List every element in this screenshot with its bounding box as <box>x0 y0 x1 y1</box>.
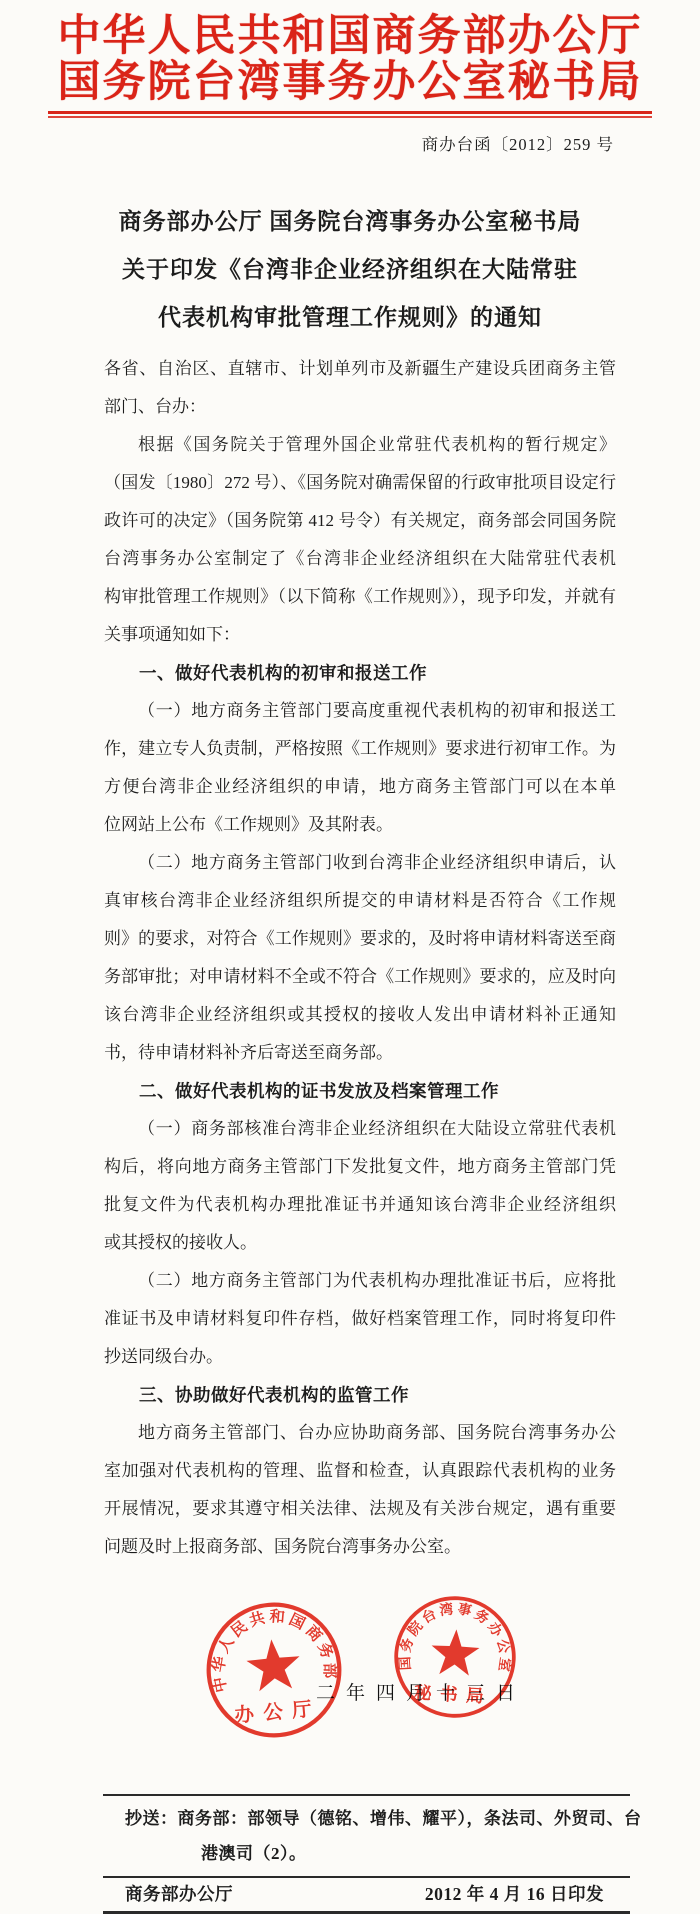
body-line: 或其授权的接收人。 <box>104 1224 616 1262</box>
seal-star-icon <box>430 1628 480 1676</box>
body-line: 准证书及申请材料复印件存档，做好档案管理工作，同时将复印件 <box>104 1300 616 1338</box>
body-line: （一）地方商务主管部门要高度重视代表机构的初审和报送工 <box>104 692 616 730</box>
body-line: 台湾事务办公室制定了《台湾非企业经济组织在大陆常驻代表机 <box>104 540 616 578</box>
body-line: 室加强对代表机构的管理、监督和检查，认真跟踪代表机构的业务 <box>104 1452 616 1490</box>
body-line: 批复文件为代表机构办理批准证书并通知该台湾非企业经济组织 <box>104 1186 616 1224</box>
body-line: 位网站上公布《工作规则》及其附表。 <box>104 806 616 844</box>
mofcom-office-seal-graphic: 中华人民共和国商务部 办公厅 <box>198 1594 350 1746</box>
section-heading-3: 三、协助做好代表机构的监管工作 <box>139 1376 616 1414</box>
title-line: 商务部办公厅 国务院台湾事务办公室秘书局 <box>0 198 700 246</box>
body-line: 书，待申请材料补齐后寄送至商务部。 <box>104 1034 616 1072</box>
body-line: 开展情况，要求其遵守相关法律、法规及有关涉台规定，遇有重要 <box>104 1490 616 1528</box>
letterhead-divider <box>48 111 652 118</box>
letterhead-org-line2: 国务院台湾事务办公室秘书局 <box>0 60 700 106</box>
body-line: 政许可的决定》（国务院第 412 号令）有关规定，商务部会同国务院 <box>104 502 616 540</box>
body-line: 方便台湾非企业经济组织的申请，地方商务主管部门可以在本单 <box>104 768 616 806</box>
issue-date-text: 二年四月十三日 <box>316 1678 526 1705</box>
body-line: 抄送同级台办。 <box>104 1338 616 1376</box>
recipients-line: 各省、自治区、直辖市、计划单列市及新疆生产建设兵团商务主管 <box>104 350 616 388</box>
body-line: 则》的要求，对符合《工作规则》要求的，及时将申请材料寄送至商 <box>104 920 616 958</box>
mofcom-office-seal: 中华人民共和国商务部 办公厅 <box>198 1594 350 1746</box>
seal-star-icon <box>245 1637 302 1692</box>
letterhead-divider-thin-line <box>48 116 652 118</box>
body-line: （二）地方商务主管部门为代表机构办理批准证书后，应将批 <box>104 1262 616 1300</box>
body-line: 构后，将向地方商务主管部门下发批复文件，地方商务主管部门凭 <box>104 1148 616 1186</box>
body-line: （国发〔1980〕272 号）、《国务院对确需保留的行政审批项目设定行 <box>104 464 616 502</box>
letterhead: 中华人民共和国商务部办公厅 国务院台湾事务办公室秘书局 <box>0 0 700 106</box>
body-line: 构审批管理工作规则》（以下简称《工作规则》），现予印发，并就有 <box>104 578 616 616</box>
cc-line: 抄送：商务部：部领导（德铭、增伟、耀平），条法司、外贸司、台 <box>103 1800 630 1837</box>
document-body: 各省、自治区、直辖市、计划单列市及新疆生产建设兵团商务主管 部门、台办： 根据《… <box>104 350 616 1566</box>
cc-line: 港澳司（2）。 <box>103 1837 630 1870</box>
recipients-line: 部门、台办： <box>104 388 616 426</box>
letterhead-divider-thick-line <box>48 111 652 114</box>
document-footer: 抄送：商务部：部领导（德铭、增伟、耀平），条法司、外贸司、台 港澳司（2）。 商… <box>0 1794 700 1914</box>
print-date: 2012 年 4 月 16 日印发 <box>425 1879 604 1910</box>
issuer-row: 商务部办公厅 2012 年 4 月 16 日印发 <box>103 1878 630 1911</box>
document-title: 商务部办公厅 国务院台湾事务办公室秘书局 关于印发《台湾非企业经济组织在大陆常驻… <box>0 198 700 342</box>
seal-bottom-text: 办公厅 <box>233 1697 321 1727</box>
section-heading-1: 一、做好代表机构的初审和报送工作 <box>139 654 616 692</box>
signature-seal-area: 二年四月十三日 中华人民共和国商务部 办公厅 <box>0 1592 700 1764</box>
body-line: 地方商务主管部门、台办应协助商务部、国务院台湾事务办公 <box>104 1414 616 1452</box>
title-line: 关于印发《台湾非企业经济组织在大陆常驻 <box>0 246 700 294</box>
document-number: 商办台函〔2012〕259 号 <box>0 134 614 156</box>
body-line: 真审核台湾非企业经济组织所提交的申请材料是否符合《工作规 <box>104 882 616 920</box>
issuer-name: 商务部办公厅 <box>125 1879 233 1910</box>
section-heading-2: 二、做好代表机构的证书发放及档案管理工作 <box>139 1072 616 1110</box>
body-line: 务部审批；对申请材料不全或不符合《工作规则》要求的，应及时向 <box>104 958 616 996</box>
document-page: 中华人民共和国商务部办公厅 国务院台湾事务办公室秘书局 商办台函〔2012〕25… <box>0 0 700 1914</box>
body-line: 关事项通知如下： <box>104 616 616 654</box>
body-line: 该台湾非企业经济组织或其授权的接收人发出申请材料补正通知 <box>104 996 616 1034</box>
cc-block: 抄送：商务部：部领导（德铭、增伟、耀平），条法司、外贸司、台 港澳司（2）。 <box>103 1796 630 1876</box>
letterhead-org-line1: 中华人民共和国商务部办公厅 <box>0 14 700 60</box>
body-line: 根据《国务院关于管理外国企业常驻代表机构的暂行规定》 <box>104 426 616 464</box>
body-line: （一）商务部核准台湾非企业经济组织在大陆设立常驻代表机 <box>104 1110 616 1148</box>
body-line: 问题及时上报商务部、国务院台湾事务办公室。 <box>104 1528 616 1566</box>
body-line: 作，建立专人负责制，严格按照《工作规则》要求进行初审工作。为 <box>104 730 616 768</box>
title-line: 代表机构审批管理工作规则》的通知 <box>0 294 700 342</box>
body-line: （二）地方商务主管部门收到台湾非企业经济组织申请后，认 <box>104 844 616 882</box>
